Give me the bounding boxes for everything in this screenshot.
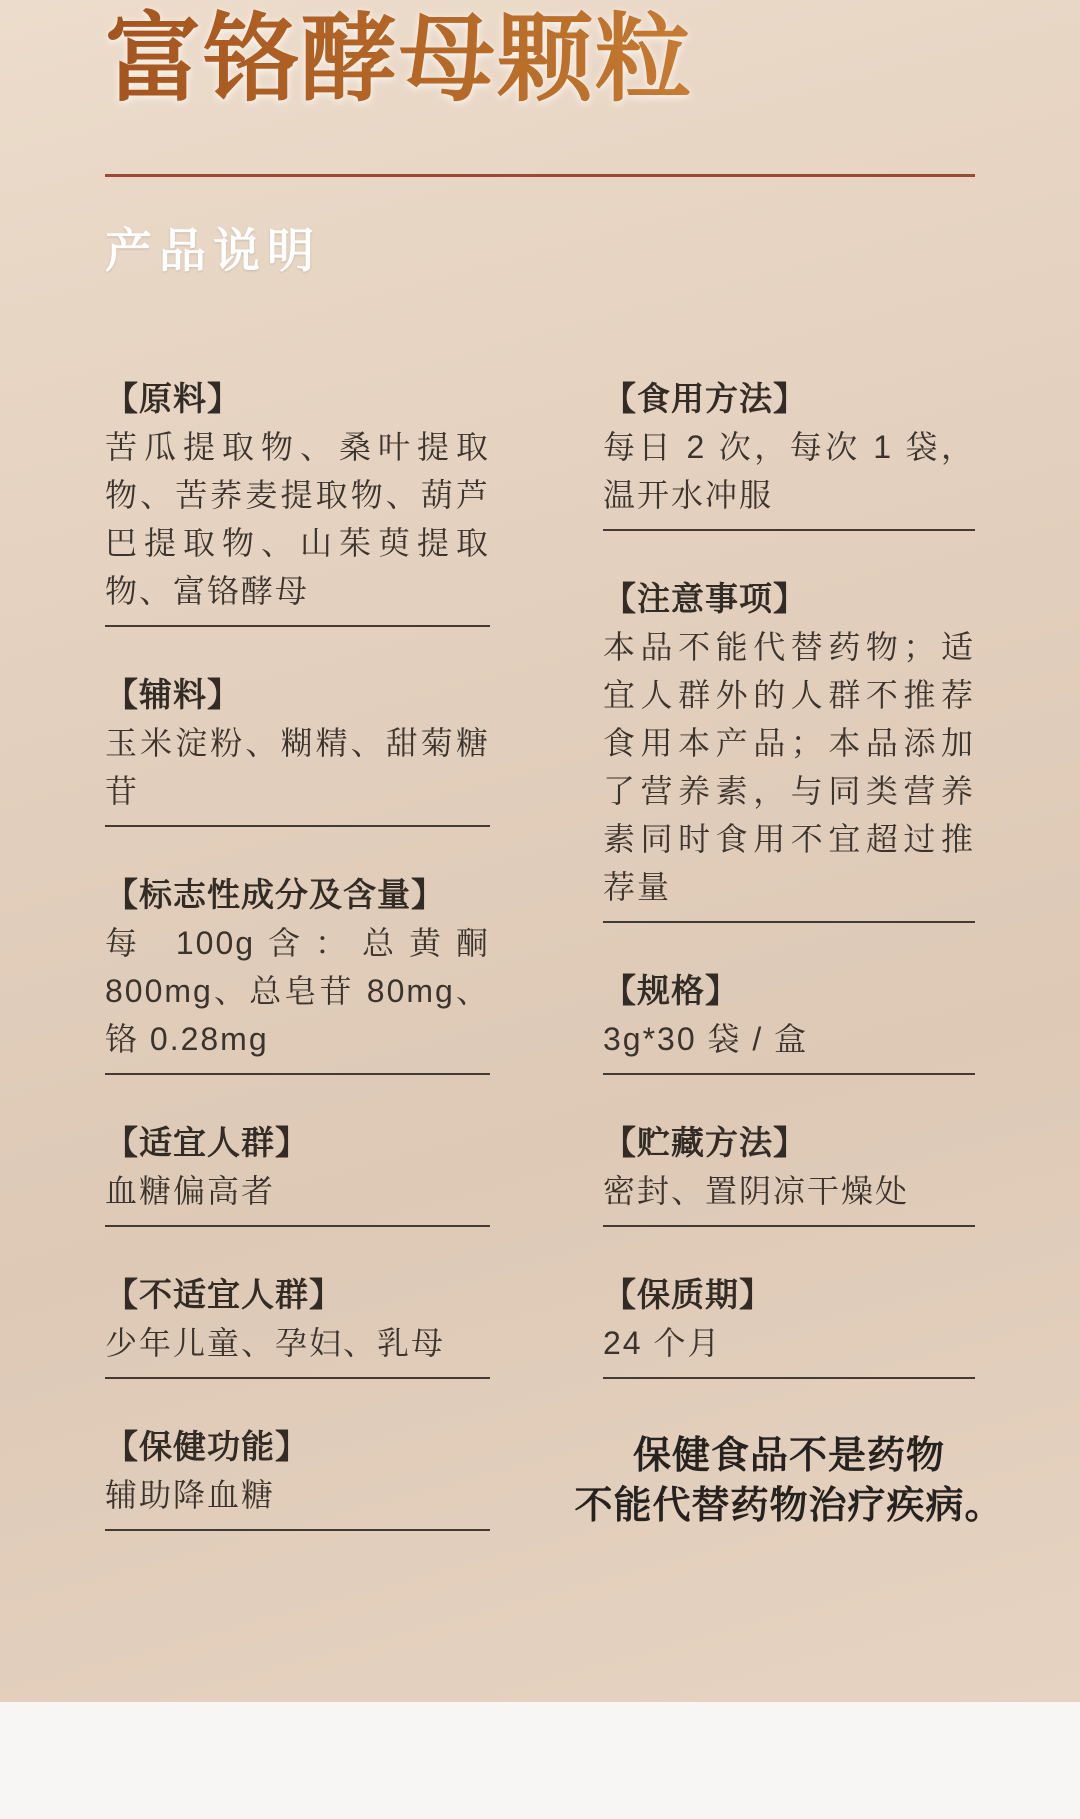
title-underline bbox=[105, 174, 975, 177]
left-column: 【原料】 苦瓜提取物、桑叶提取物、苦荞麦提取物、葫芦巴提取物、山茱萸提取物、富铬… bbox=[105, 375, 490, 1575]
section-shelf-life: 【保质期】 24 个月 bbox=[603, 1271, 975, 1379]
section-text: 3g*30 袋 / 盒 bbox=[603, 1015, 975, 1063]
section-divider bbox=[105, 1225, 490, 1227]
section-divider bbox=[603, 529, 975, 531]
section-divider bbox=[105, 1529, 490, 1531]
section-usage-method: 【食用方法】 每日 2 次，每次 1 袋，温开水冲服 bbox=[603, 375, 975, 531]
section-text: 少年儿童、孕妇、乳母 bbox=[105, 1319, 490, 1367]
page-heading: 产品说明 bbox=[105, 223, 975, 279]
section-divider bbox=[105, 825, 490, 827]
health-food-disclaimer: 保健食品不是药物 不能代替药物治疗疾病。 bbox=[573, 1431, 1005, 1531]
right-column: 【食用方法】 每日 2 次，每次 1 袋，温开水冲服 【注意事项】 本品不能代替… bbox=[603, 375, 975, 1575]
section-excipients: 【辅料】 玉米淀粉、糊精、甜菊糖苷 bbox=[105, 671, 490, 827]
disclaimer-line-1: 保健食品不是药物 bbox=[573, 1431, 1005, 1481]
section-divider bbox=[603, 921, 975, 923]
section-specification: 【规格】 3g*30 袋 / 盒 bbox=[603, 967, 975, 1075]
section-text: 玉米淀粉、糊精、甜菊糖苷 bbox=[105, 719, 490, 815]
section-label: 【辅料】 bbox=[105, 671, 490, 719]
two-column-layout: 【原料】 苦瓜提取物、桑叶提取物、苦荞麦提取物、葫芦巴提取物、山茱萸提取物、富铬… bbox=[105, 375, 975, 1575]
bottom-white-strip bbox=[0, 1702, 1080, 1819]
section-precautions: 【注意事项】 本品不能代替药物；适宜人群外的人群不推荐食用本产品；本品添加了营养… bbox=[603, 575, 975, 923]
section-label: 【原料】 bbox=[105, 375, 490, 423]
section-text: 血糖偏高者 bbox=[105, 1167, 490, 1215]
section-label: 【标志性成分及含量】 bbox=[105, 871, 490, 919]
section-divider bbox=[105, 1073, 490, 1075]
panel-content: 富铬酵母颗粒 产品说明 【原料】 苦瓜提取物、桑叶提取物、苦荞麦提取物、葫芦巴提… bbox=[0, 0, 1080, 1575]
section-storage-method: 【贮藏方法】 密封、置阴凉干燥处 bbox=[603, 1119, 975, 1227]
section-health-function: 【保健功能】 辅助降血糖 bbox=[105, 1423, 490, 1531]
section-divider bbox=[603, 1377, 975, 1379]
section-label: 【贮藏方法】 bbox=[603, 1119, 975, 1167]
section-label: 【不适宜人群】 bbox=[105, 1271, 490, 1319]
section-text: 本品不能代替药物；适宜人群外的人群不推荐食用本产品；本品添加了营养素，与同类营养… bbox=[603, 623, 975, 911]
section-text: 每 100g含：总黄酮 800mg、总皂苷 80mg、铬 0.28mg bbox=[105, 919, 490, 1063]
section-marker-components: 【标志性成分及含量】 每 100g含：总黄酮 800mg、总皂苷 80mg、铬 … bbox=[105, 871, 490, 1075]
section-text: 24 个月 bbox=[603, 1319, 975, 1367]
section-text: 苦瓜提取物、桑叶提取物、苦荞麦提取物、葫芦巴提取物、山茱萸提取物、富铬酵母 bbox=[105, 423, 490, 615]
section-label: 【保健功能】 bbox=[105, 1423, 490, 1471]
section-divider bbox=[105, 1377, 490, 1379]
section-label: 【保质期】 bbox=[603, 1271, 975, 1319]
section-divider bbox=[105, 625, 490, 627]
product-title: 富铬酵母颗粒 bbox=[105, 0, 975, 110]
section-raw-materials: 【原料】 苦瓜提取物、桑叶提取物、苦荞麦提取物、葫芦巴提取物、山茱萸提取物、富铬… bbox=[105, 375, 490, 627]
section-label: 【食用方法】 bbox=[603, 375, 975, 423]
section-label: 【适宜人群】 bbox=[105, 1119, 490, 1167]
section-text: 辅助降血糖 bbox=[105, 1471, 490, 1519]
section-text: 密封、置阴凉干燥处 bbox=[603, 1167, 975, 1215]
section-label: 【注意事项】 bbox=[603, 575, 975, 623]
section-divider bbox=[603, 1073, 975, 1075]
section-label: 【规格】 bbox=[603, 967, 975, 1015]
section-unsuitable-people: 【不适宜人群】 少年儿童、孕妇、乳母 bbox=[105, 1271, 490, 1379]
disclaimer-line-2: 不能代替药物治疗疾病。 bbox=[573, 1481, 1005, 1531]
product-description-panel: 富铬酵母颗粒 产品说明 【原料】 苦瓜提取物、桑叶提取物、苦荞麦提取物、葫芦巴提… bbox=[0, 0, 1080, 1702]
section-divider bbox=[603, 1225, 975, 1227]
section-suitable-people: 【适宜人群】 血糖偏高者 bbox=[105, 1119, 490, 1227]
section-text: 每日 2 次，每次 1 袋，温开水冲服 bbox=[603, 423, 975, 519]
